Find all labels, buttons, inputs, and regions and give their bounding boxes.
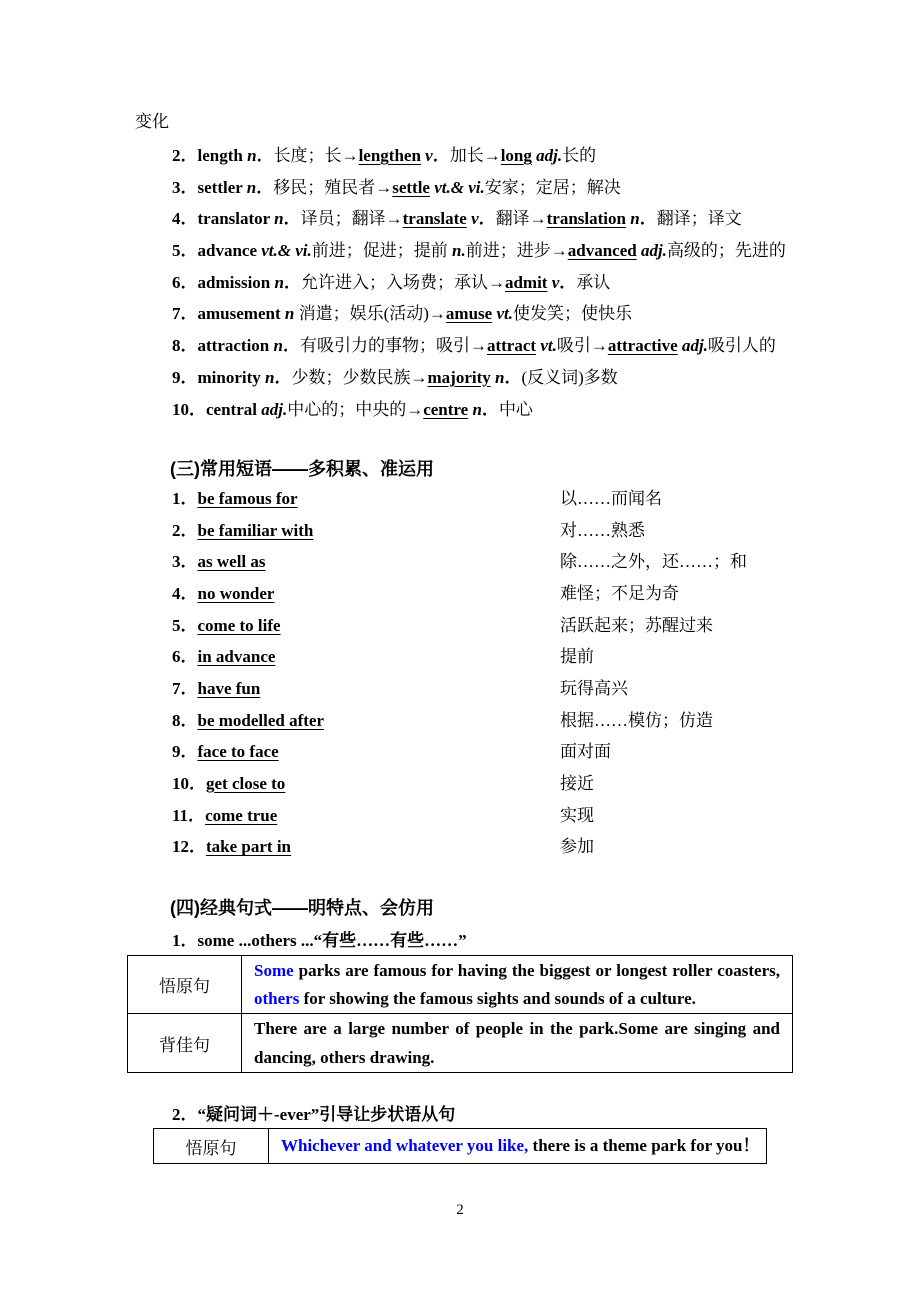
text-segment: 允许进入；入场费；承认→	[301, 273, 505, 292]
row-content-cell: Some parks are famous for having the big…	[242, 956, 793, 1014]
text-segment: 2．length	[172, 146, 247, 165]
text-segment: 翻译→	[496, 209, 547, 228]
text-segment: 10．central	[172, 400, 261, 419]
text-segment: translation	[547, 209, 626, 228]
page-number: 2	[0, 1202, 920, 1219]
text-segment: v	[425, 146, 433, 165]
text-segment: 中心	[499, 400, 533, 419]
text-segment: 前进；促进；提前	[312, 241, 452, 260]
phrase-chinese: 活跃起来；苏醒过来	[560, 610, 713, 642]
text-segment: 3．settler	[172, 178, 247, 197]
text-segment: adj.	[536, 146, 562, 165]
phrase-english: come true	[205, 806, 277, 825]
phrase-chinese: 参加	[560, 831, 594, 863]
phrase-number: 8．	[172, 711, 198, 730]
text-segment: ．	[559, 273, 576, 292]
text-segment: long	[501, 146, 532, 165]
word-item: 6．admission n．允许进入；入场费；承认→admit v．承认	[172, 267, 786, 299]
text-segment: lengthen	[359, 146, 421, 165]
text-segment: there is a theme park for you！	[528, 1136, 759, 1155]
text-segment: n	[274, 336, 283, 355]
phrase-english: be modelled after	[198, 711, 325, 730]
sentence-table-1: 悟原句Some parks are famous for having the …	[127, 955, 793, 1073]
row-content-cell: There are a large number of people in th…	[242, 1014, 793, 1072]
text-segment: for showing the famous sights and sounds…	[299, 989, 696, 1008]
phrase-row: 6．in advance提前	[172, 641, 872, 673]
text-segment: n	[285, 304, 294, 323]
table-row: 背佳句There are a large number of people in…	[128, 1014, 793, 1072]
row-label-cell: 悟原句	[154, 1129, 269, 1164]
phrase-number: 4．	[172, 584, 198, 603]
text-segment: majority	[428, 368, 491, 387]
text-segment: There are a large number of people in th…	[254, 1019, 780, 1066]
text-segment: admit	[505, 273, 548, 292]
text-segment: 前进；进步→	[466, 241, 568, 260]
phrase-english: in advance	[198, 647, 276, 666]
word-derivation-list: 2．length n．长度；长→lengthen v．加长→long adj.长…	[172, 140, 786, 425]
sentence-table-1-body: 悟原句Some parks are famous for having the …	[128, 956, 793, 1073]
text-segment: 长的	[562, 146, 596, 165]
text-segment: 翻译；译文	[657, 209, 742, 228]
text-segment: 中心的；中央的→	[287, 400, 423, 419]
text-segment: 6．admission	[172, 273, 275, 292]
phrase-chinese: 玩得高兴	[560, 673, 628, 705]
phrase-number: 12．	[172, 837, 206, 856]
word-item: 5．advance vt.& vi.前进；促进；提前 n.前进；进步→advan…	[172, 235, 786, 267]
text-segment: n	[472, 400, 481, 419]
phrase-row: 12．take part in参加	[172, 831, 872, 863]
text-segment: 长度；长→	[274, 146, 359, 165]
sentence-table-2: 悟原句Whichever and whatever you like, ther…	[153, 1128, 767, 1164]
row-label-cell: 背佳句	[128, 1014, 242, 1072]
phrase-number: 1．	[172, 489, 198, 508]
text-segment: 移民；殖民者→	[273, 178, 392, 197]
phrase-row: 11．come true实现	[172, 800, 872, 832]
phrase-list: 1．be famous for以……而闻名2．be familiar with对…	[172, 483, 872, 863]
text-segment: n	[630, 209, 639, 228]
text-segment: n	[275, 273, 284, 292]
text-segment: n	[247, 146, 256, 165]
phrase-english: no wonder	[198, 584, 275, 603]
text-segment: n	[265, 368, 274, 387]
phrase-chinese: 接近	[560, 768, 594, 800]
text-segment: ．	[284, 273, 301, 292]
phrase-row: 2．be familiar with对……熟悉	[172, 515, 872, 547]
text-segment: Some	[254, 961, 294, 980]
text-segment: 有吸引力的事物；吸引→	[300, 336, 487, 355]
phrase-number: 5．	[172, 616, 198, 635]
phrase-number: 9．	[172, 742, 198, 761]
phrase-chinese: 对……熟悉	[560, 515, 645, 547]
text-segment: v	[471, 209, 479, 228]
pattern-2-title: 2．“疑问词＋-ever”引导让步状语从句	[172, 1100, 455, 1125]
text-segment: adj.	[641, 241, 667, 260]
phrase-english: as well as	[198, 552, 266, 571]
word-item: 3．settler n．移民；殖民者→settle vt.& vi.安家；定居；…	[172, 172, 786, 204]
sentence-table-2-body: 悟原句Whichever and whatever you like, ther…	[154, 1129, 767, 1164]
phrase-number: 7．	[172, 679, 198, 698]
text-segment: (反义词)多数	[521, 368, 617, 387]
word-item: 10．central adj.中心的；中央的→centre n．中心	[172, 394, 786, 426]
text-segment: 消遣；娱乐(活动)→	[294, 304, 446, 323]
text-segment: 9．minority	[172, 368, 265, 387]
word-item: 9．minority n．少数；少数民族→majority n．(反义词)多数	[172, 362, 786, 394]
phrase-english: have fun	[198, 679, 261, 698]
phrase-chinese: 提前	[560, 641, 594, 673]
text-segment: ．	[275, 368, 292, 387]
section-heading-phrases: (三)常用短语——多积累、准运用	[170, 455, 434, 481]
phrase-chinese: 面对面	[560, 736, 611, 768]
text-segment: 4．translator	[172, 209, 274, 228]
text-segment: ．	[504, 368, 521, 387]
word-item: 8．attraction n．有吸引力的事物；吸引→attract vt.吸引→…	[172, 330, 786, 362]
phrase-row: 1．be famous for以……而闻名	[172, 483, 872, 515]
paragraph-tail-text: 变化	[135, 112, 169, 132]
text-segment: ．	[482, 400, 499, 419]
phrase-number: 2．	[172, 521, 198, 540]
text-segment: 5．advance	[172, 241, 261, 260]
phrase-row: 3．as well as除……之外，还……；和	[172, 546, 872, 578]
text-segment: 高级的；先进的	[667, 241, 786, 260]
text-segment: 7．amusement	[172, 304, 285, 323]
phrase-row: 10．get close to接近	[172, 768, 872, 800]
phrase-chinese: 除……之外，还……；和	[560, 546, 747, 578]
text-segment: vt.& vi.	[261, 241, 312, 260]
phrase-english: be familiar with	[198, 521, 314, 540]
phrase-row: 5．come to life活跃起来；苏醒过来	[172, 610, 872, 642]
phrase-number: 3．	[172, 552, 198, 571]
text-segment: 2．“疑问词＋-ever”引导让步状语从句	[172, 1105, 455, 1124]
phrase-chinese: 以……而闻名	[560, 483, 662, 515]
text-segment: ．	[640, 209, 657, 228]
phrase-number: 6．	[172, 647, 198, 666]
text-segment: advanced	[568, 241, 637, 260]
word-item: 4．translator n．译员；翻译→translate v．翻译→tran…	[172, 203, 786, 235]
text-segment: 加长→	[450, 146, 501, 165]
phrase-number: 11．	[172, 806, 205, 825]
text-segment: translate	[403, 209, 467, 228]
text-segment: ．	[479, 209, 496, 228]
phrase-english: get close to	[206, 774, 285, 793]
text-segment: adj.	[261, 400, 287, 419]
phrase-row: 8．be modelled after根据……模仿；仿造	[172, 705, 872, 737]
phrase-chinese: 根据……模仿；仿造	[560, 705, 713, 737]
phrase-english: face to face	[198, 742, 279, 761]
text-segment: 译员；翻译→	[301, 209, 403, 228]
phrase-english: be famous for	[198, 489, 298, 508]
word-item: 2．length n．长度；长→lengthen v．加长→long adj.长…	[172, 140, 786, 172]
text-segment: 安家；定居；解决	[485, 178, 621, 197]
text-segment: vt.& vi.	[434, 178, 485, 197]
text-segment: ．	[257, 146, 274, 165]
text-segment: ．	[283, 336, 300, 355]
text-segment: ．	[256, 178, 273, 197]
text-segment: others	[254, 989, 299, 1008]
phrase-english: come to life	[198, 616, 281, 635]
phrase-english: take part in	[206, 837, 291, 856]
table-row: 悟原句Some parks are famous for having the …	[128, 956, 793, 1014]
text-segment: parks are famous for having the biggest …	[294, 961, 780, 980]
word-item: 7．amusement n 消遣；娱乐(活动)→amuse vt.使发笑；使快乐	[172, 298, 786, 330]
text-segment: vt.	[496, 304, 513, 323]
phrase-row: 7．have fun玩得高兴	[172, 673, 872, 705]
text-segment: n	[274, 209, 283, 228]
text-segment: n	[247, 178, 256, 197]
text-segment: amuse	[446, 304, 492, 323]
text-segment: 1．some ...others ...“有些……有些……”	[172, 931, 467, 950]
text-segment: attract	[487, 336, 536, 355]
phrase-number: 10．	[172, 774, 206, 793]
section-heading-patterns: (四)经典句式——明特点、会仿用	[170, 894, 434, 920]
text-segment: vt.	[540, 336, 557, 355]
text-segment: adj.	[682, 336, 708, 355]
text-segment: 8．attraction	[172, 336, 274, 355]
row-label-cell: 悟原句	[128, 956, 242, 1014]
row-content-cell: Whichever and whatever you like, there i…	[269, 1129, 767, 1164]
text-segment: 少数；少数民族→	[292, 368, 428, 387]
text-segment: ．	[284, 209, 301, 228]
phrase-chinese: 难怪；不足为奇	[560, 578, 679, 610]
pattern-1-title: 1．some ...others ...“有些……有些……”	[172, 926, 467, 951]
text-segment: settle	[392, 178, 430, 197]
text-segment: centre	[423, 400, 468, 419]
text-segment: Whichever and whatever you like,	[281, 1136, 528, 1155]
text-segment: n.	[452, 241, 466, 260]
text-segment: 吸引人的	[708, 336, 776, 355]
phrase-chinese: 实现	[560, 800, 594, 832]
text-segment: ．	[433, 146, 450, 165]
text-segment: 使发笑；使快乐	[513, 304, 632, 323]
table-row: 悟原句Whichever and whatever you like, ther…	[154, 1129, 767, 1164]
text-segment: attractive	[608, 336, 678, 355]
text-segment: 吸引→	[557, 336, 608, 355]
phrase-row: 4．no wonder难怪；不足为奇	[172, 578, 872, 610]
text-segment: 承认	[576, 273, 610, 292]
phrase-row: 9．face to face面对面	[172, 736, 872, 768]
